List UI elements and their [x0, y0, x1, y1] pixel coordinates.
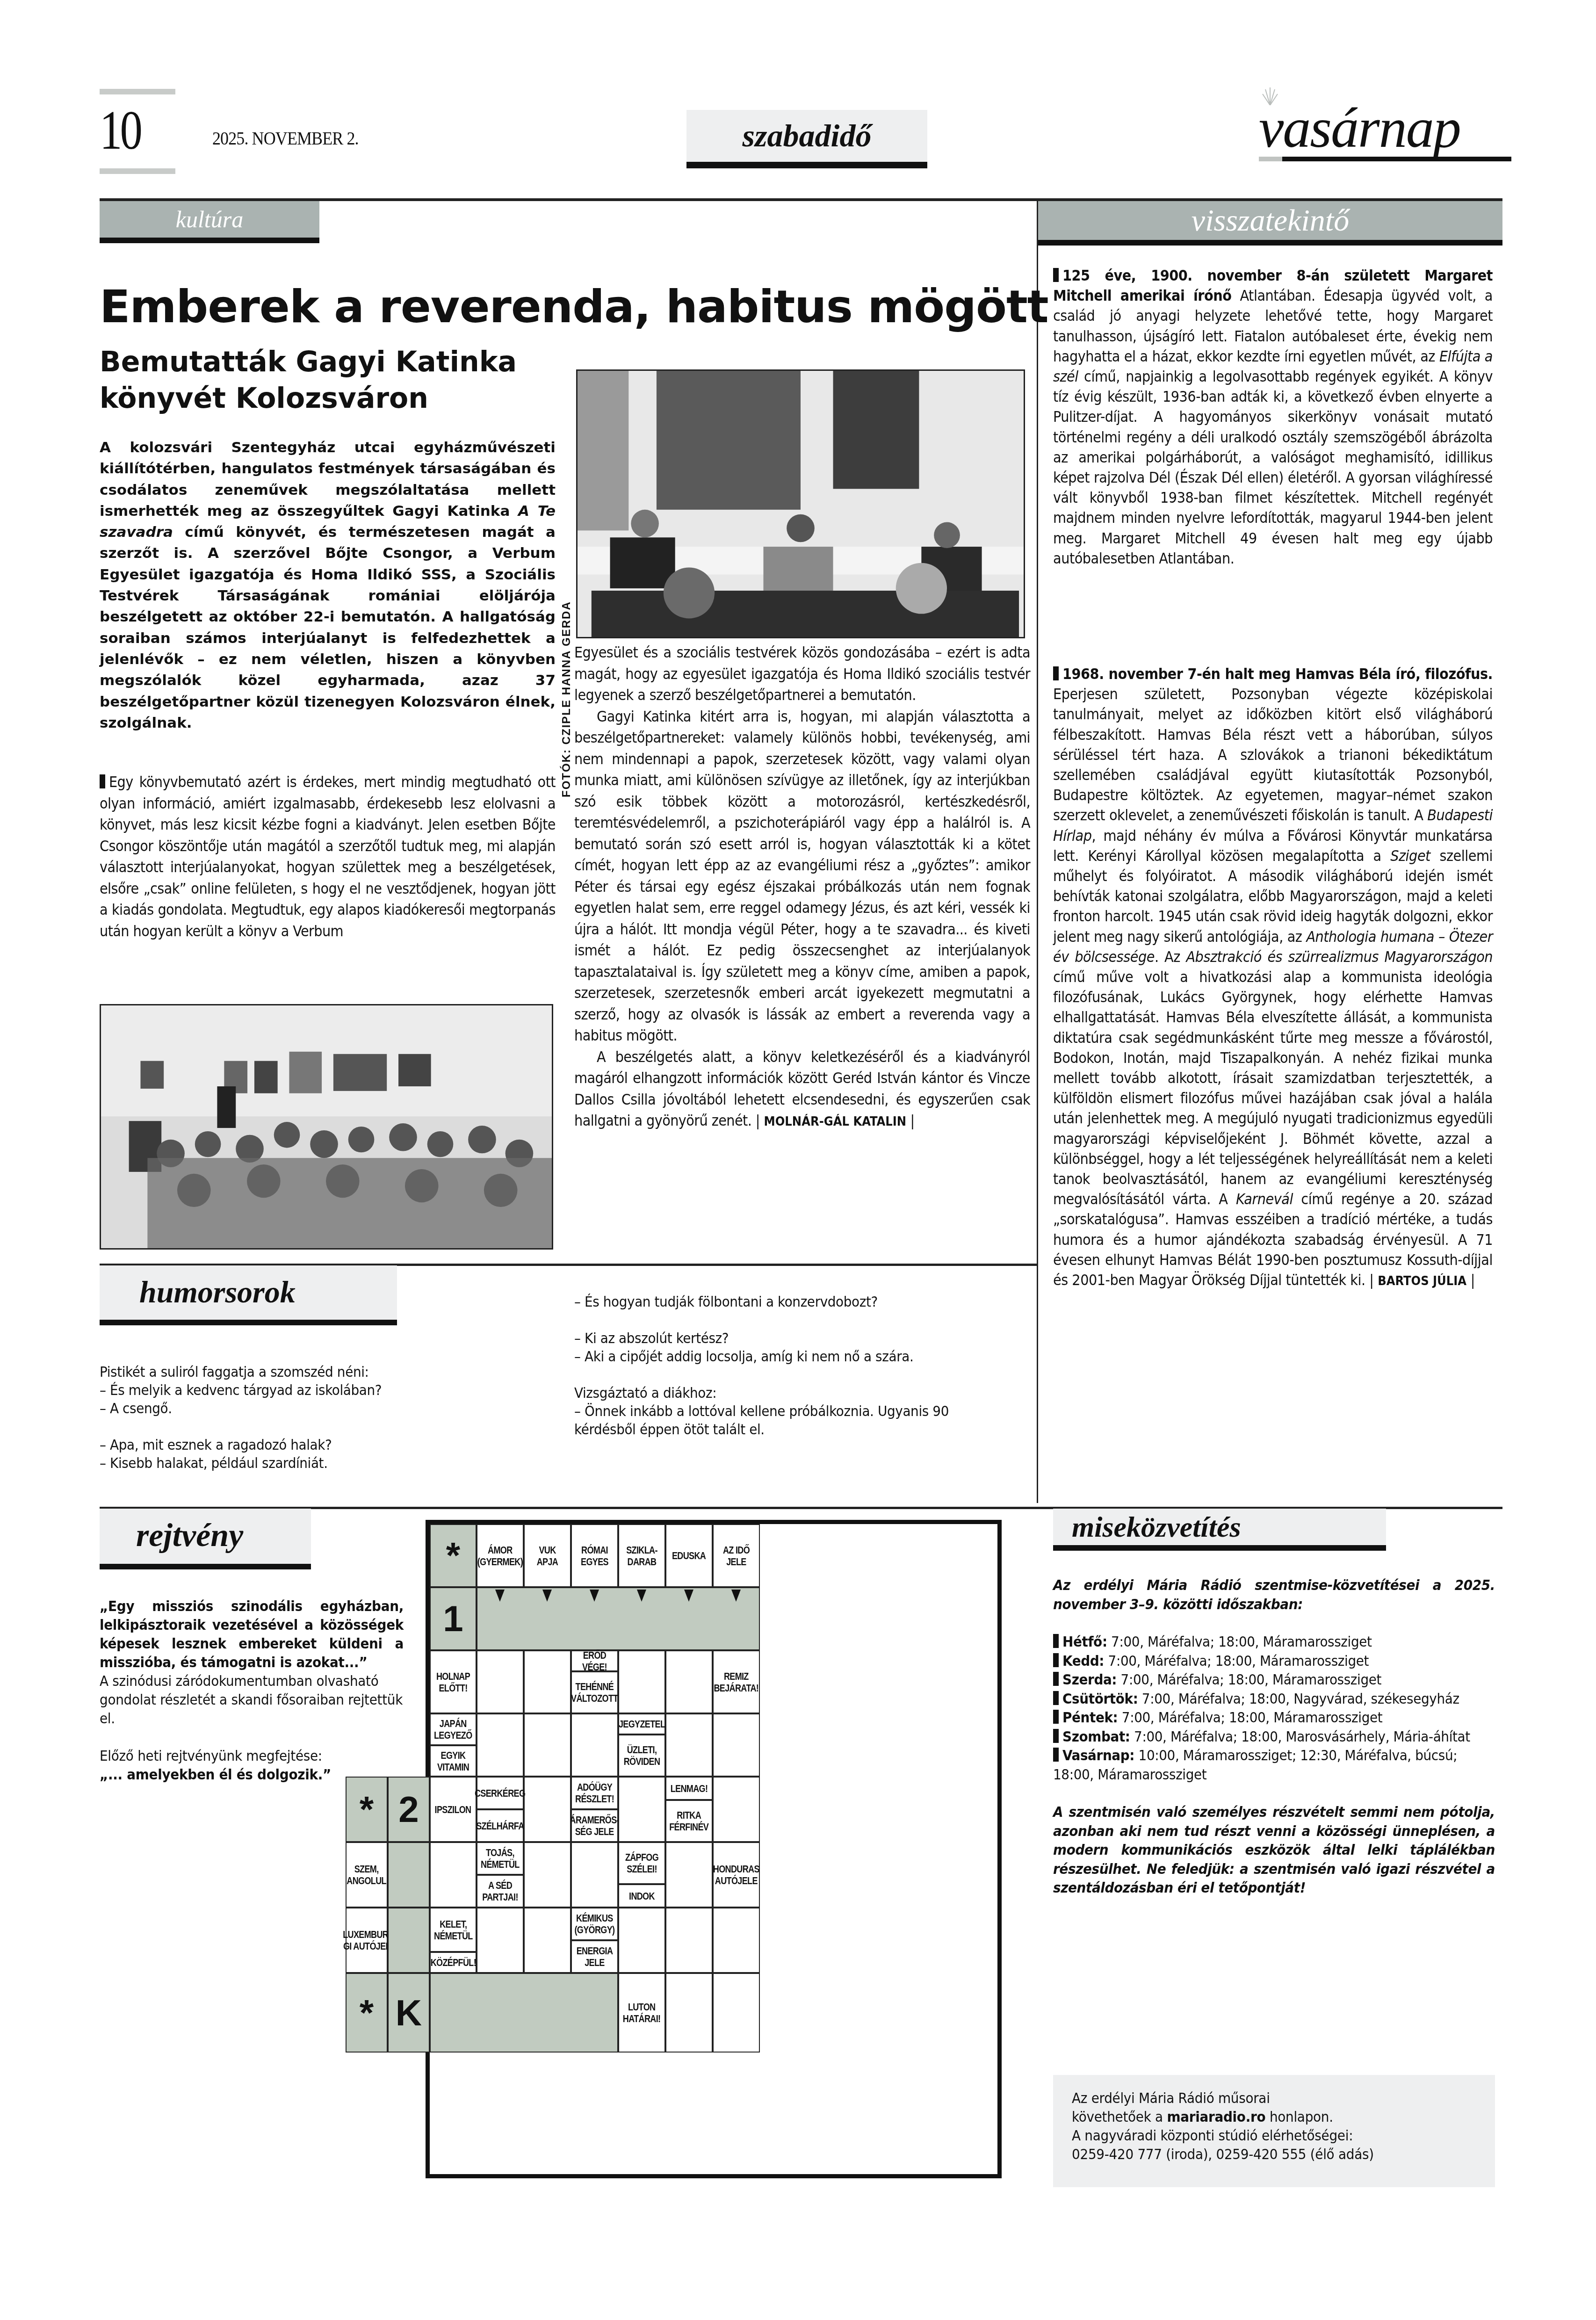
- arrow-down-icon: [684, 1590, 693, 1602]
- mass-note: A szentmisén való személyes részvételt s…: [1053, 1803, 1495, 1898]
- clue-text: ADÓÜGY RÉSZLET!: [575, 1781, 614, 1805]
- clue-cell: JAPÁN LEGYEZŐ: [430, 1713, 477, 1745]
- clue-cell: REMIZ BEJÁRATA!: [713, 1650, 760, 1713]
- answer-cell[interactable]: [618, 1650, 665, 1713]
- clue-cell: SZÉLHÁRFA: [477, 1809, 524, 1842]
- clue-cell: CSERKÉREG: [477, 1777, 524, 1809]
- clue-text: EDUSKA: [672, 1550, 706, 1561]
- paragraph-marker: [1053, 268, 1059, 282]
- answer-cell[interactable]: [713, 1713, 760, 1777]
- grid-number-cell: 1: [430, 1587, 477, 1650]
- paragraph-marker: [1053, 1634, 1059, 1648]
- lead-text: A kolozsvári Szentegyház utcai egyházműv…: [100, 439, 556, 520]
- arrow-down-icon: [731, 1590, 741, 1602]
- schedule-row: Kedd: 7:00, Máréfalva; 18:00, Máramaross…: [1053, 1652, 1495, 1671]
- humor-tab: humorsorok: [100, 1265, 397, 1325]
- answer-cell[interactable]: [665, 1973, 713, 2053]
- audience-photo-image: [101, 1005, 552, 1248]
- clue-cell: LENMAG!: [665, 1777, 713, 1800]
- paragraph-marker: [1053, 1691, 1059, 1705]
- info-line: követhetőek a mariaradio.ro honlapon.: [1072, 2108, 1476, 2126]
- schedule-day: Hétfő:: [1062, 1633, 1107, 1650]
- answer-cell[interactable]: [618, 1777, 665, 1842]
- grid-star-cell: *: [430, 1524, 477, 1587]
- article-paragraph-final: A beszélgetés alatt, a könyv keletkezésé…: [574, 1047, 1030, 1133]
- clue-cell: LUTON HATÁRAI!: [618, 1973, 665, 2053]
- book-title: Karnevál: [1236, 1190, 1293, 1208]
- answer-row-1[interactable]: [477, 1587, 760, 1650]
- mass-schedule: Az erdélyi Mária Rádió szentmise-közvetí…: [1053, 1576, 1495, 1898]
- clue-text: RITKA FÉRFINÉV: [670, 1809, 709, 1833]
- joke-line: Vizsgáztató a diákhoz:: [574, 1385, 716, 1402]
- clue-cell: KÉMIKUS (GYÖRGY): [571, 1908, 618, 1940]
- article-body-right: Egyesület és a szociális testvérek közös…: [574, 642, 1030, 1133]
- clue-cell: HONDURAS AUTÓJELE: [713, 1842, 760, 1908]
- clue-text: HONDURAS AUTÓJELE: [713, 1863, 759, 1886]
- answer-row-k[interactable]: [430, 1973, 618, 2053]
- joke-line: – Apa, mit esznek a ragadozó halak?: [100, 1437, 332, 1453]
- retro-tab-label: visszatekintő: [1192, 203, 1349, 238]
- mass-intro: Az erdélyi Mária Rádió szentmise-közvetí…: [1053, 1576, 1495, 1614]
- publication-title: Sziget: [1390, 847, 1430, 865]
- phone-numbers: 0259-420 777 (iroda), 0259-420 555 (élő …: [1072, 2145, 1476, 2164]
- answer-cell[interactable]: [571, 1842, 618, 1908]
- clue-text: SZEM, ANGOLUL: [347, 1863, 387, 1886]
- schedule-row: Csütörtök: 7:00, Máréfalva; 18:00, Nagyv…: [1053, 1690, 1495, 1709]
- joke-line: Pistikét a suliról faggatja a szomszéd n…: [100, 1364, 369, 1380]
- answer-cell[interactable]: [665, 1713, 713, 1777]
- answer-cell[interactable]: [713, 1777, 760, 1842]
- clue-cell: KÖZÉPFÜL!: [430, 1952, 477, 1973]
- clue-cell: ERŐD VÉGE!: [571, 1650, 618, 1671]
- puzzle-tab: rejtvény: [100, 1509, 311, 1569]
- photo-credit: FOTÓK: CZIPLE HANNA GERDA: [560, 601, 573, 797]
- audience-photo: [100, 1004, 553, 1250]
- answer-cell[interactable]: [713, 1908, 760, 1973]
- page-number: 10: [100, 103, 127, 158]
- puzzle-description: „Egy missziós szinodális egyházban, lelk…: [100, 1597, 404, 1784]
- clue-text: ENERGIA JELE: [576, 1945, 614, 1968]
- star-marker: *: [360, 1788, 374, 1831]
- star-marker: *: [360, 1992, 374, 2034]
- joke: – Apa, mit esznek a ragadozó halak?– Kis…: [100, 1436, 520, 1473]
- logo-underline: [1259, 157, 1511, 161]
- puzzle-tab-label: rejtvény: [136, 1518, 243, 1554]
- clue-text: LUXEMBUR-GI AUTÓJEL: [343, 1929, 390, 1952]
- clue-cell: SZEM, ANGOLUL: [346, 1842, 388, 1908]
- clue-text: SZÉLHÁRFA: [476, 1820, 524, 1832]
- answer-cell[interactable]: [571, 1713, 618, 1777]
- clue-text: IPSZILON: [435, 1804, 471, 1815]
- clue-cell: A SÉD PARTJAI!: [477, 1875, 524, 1908]
- arrow-down-icon: [542, 1590, 552, 1602]
- paragraph-marker: [1053, 666, 1059, 680]
- joke: Pistikét a suliról faggatja a szomszéd n…: [100, 1363, 520, 1418]
- radio-info-box: Az erdélyi Mária Rádió műsorai követhető…: [1053, 2075, 1495, 2187]
- panel-photo-image: [578, 371, 1024, 637]
- joke-line: – A csengő.: [100, 1400, 172, 1417]
- paragraph-marker: [1053, 1729, 1059, 1743]
- clue-cell: HOLNAP ELŐTT!: [430, 1650, 477, 1713]
- clue-text: VUK APJA: [529, 1544, 566, 1568]
- schedule-row: Péntek: 7:00, Máréfalva; 18:00, Máramaro…: [1053, 1708, 1495, 1727]
- puzzle-quote: „Egy missziós szinodális egyházban, lelk…: [100, 1597, 404, 1672]
- grid-star-cell: *: [346, 1777, 388, 1842]
- arrow-down-icon: [590, 1590, 599, 1602]
- humor-right-column: – És hogyan tudják fölbontani a konzervd…: [574, 1293, 995, 1457]
- paragraph-marker: [1053, 1710, 1059, 1724]
- row-number: 1: [443, 1597, 463, 1640]
- clue-text: JEGYZETEL: [619, 1718, 665, 1730]
- humor-tab-label: humorsorok: [139, 1275, 296, 1309]
- schedule-day: Szombat:: [1062, 1728, 1130, 1745]
- clue-cell: LUXEMBUR-GI AUTÓJEL: [346, 1908, 388, 1973]
- paragraph-marker: [1053, 1672, 1059, 1686]
- schedule-row: Szombat: 7:00, Máréfalva; 18:00, Marosvá…: [1053, 1727, 1495, 1747]
- retro-tab: visszatekintő: [1038, 201, 1502, 246]
- clue-cell: INDOK: [618, 1884, 665, 1908]
- answer-cell[interactable]: [430, 1842, 477, 1908]
- star-marker: *: [446, 1534, 460, 1577]
- grid-number-cell: 2: [388, 1777, 430, 1842]
- clue-cell: IPSZILON: [430, 1777, 477, 1842]
- retro-text: . Az: [1155, 948, 1186, 966]
- joke: – Ki az abszolút kertész?– Aki a cipőjét…: [574, 1330, 995, 1366]
- culture-tab-label: kultúra: [176, 206, 243, 232]
- mass-schedule-list: Hétfő: 7:00, Máréfalva; 18:00, Máramaros…: [1053, 1633, 1495, 1784]
- schedule-day: Kedd:: [1062, 1653, 1104, 1670]
- joke-line: – És hogyan tudják fölbontani a konzervd…: [574, 1294, 878, 1310]
- schedule-row: Szerda: 7:00, Máréfalva; 18:00, Máramaro…: [1053, 1670, 1495, 1690]
- info-text: honlapon.: [1265, 2109, 1333, 2125]
- joke-line: – Ki az abszolút kertész?: [574, 1330, 729, 1347]
- clue-text: AZ IDŐ JELE: [718, 1544, 755, 1568]
- clue-cell: ENERGIA JELE: [571, 1940, 618, 1973]
- article-lead: A kolozsvári Szentegyház utcai egyházműv…: [100, 437, 556, 734]
- puzzle-instructions: A szinódusi záródokumentumban olvasható …: [100, 1672, 404, 1728]
- answer-cell[interactable]: [388, 1842, 430, 1908]
- clue-cell: ÁRAMERŐS-SÉG JELE: [571, 1809, 618, 1842]
- radio-website-link[interactable]: mariaradio.ro: [1167, 2109, 1265, 2125]
- clue-cell: AZ IDŐ JELE: [713, 1524, 760, 1587]
- clue-cell: TOJÁS, NÉMETÜL: [477, 1842, 524, 1875]
- clue-cell: ZÁPFOG SZÉLEI!: [618, 1842, 665, 1884]
- joke: – És hogyan tudják fölbontani a konzervd…: [574, 1293, 995, 1311]
- answer-cell[interactable]: [524, 1842, 571, 1908]
- answer-cell[interactable]: [388, 1908, 430, 1973]
- issue-date: 2025. NOVEMBER 2.: [212, 127, 359, 149]
- schedule-day: Péntek:: [1062, 1709, 1118, 1726]
- byline-end: |: [910, 1112, 915, 1129]
- joke-line: – Kisebb halakat, például szardíniát.: [100, 1455, 328, 1472]
- paragraph-marker: [1053, 1748, 1059, 1762]
- schedule-times: 7:00, Máréfalva; 18:00, Máramarossziget: [1111, 1633, 1372, 1650]
- schedule-day: Szerda:: [1062, 1671, 1117, 1688]
- answer-cell[interactable]: [477, 1908, 524, 1973]
- clue-cell: VUK APJA: [524, 1524, 571, 1587]
- humor-left-column: Pistikét a suliról faggatja a szomszéd n…: [100, 1363, 520, 1491]
- arrow-down-icon: [495, 1590, 505, 1602]
- clue-cell: TEHÉNNÉ VÁLTOZOTT: [571, 1671, 618, 1713]
- clue-cell: ÜZLETI, RÖVIDEN: [618, 1735, 665, 1777]
- clue-text: HOLNAP ELŐTT!: [435, 1670, 472, 1694]
- clue-text: TEHÉNNÉ VÁLTOZOTT: [571, 1681, 618, 1704]
- joke: Vizsgáztató a diákhoz:– Önnek inkább a l…: [574, 1384, 995, 1439]
- article-paragraph: Egy könyvbemutató azért is érdekes, mert…: [100, 773, 556, 940]
- retro-byline: BARTOS JÚLIA: [1378, 1274, 1466, 1288]
- mass-tab: miseközvetítés: [1053, 1509, 1386, 1551]
- clue-cell: RÓMAI EGYES: [571, 1524, 618, 1587]
- joke-line: – És melyik a kedvenc tárgyad az iskoláb…: [100, 1382, 382, 1399]
- grid-star-cell: *: [346, 1973, 388, 2053]
- article-subhead: Bemutatták Gagyi Katinka könyvét Kolozsv…: [100, 344, 558, 417]
- clue-text: EGYIK VITAMIN: [435, 1749, 472, 1773]
- clue-cell: KELET, NÉMETÜL: [430, 1908, 477, 1952]
- paragraph-marker: [100, 774, 105, 788]
- mass-tab-label: miseközvetítés: [1072, 1511, 1241, 1543]
- column-divider: [1037, 198, 1038, 1503]
- schedule-times: 7:00, Máréfalva; 18:00, Máramarossziget: [1121, 1671, 1381, 1688]
- clue-text: ÁRAMERŐS-SÉG JELE: [570, 1814, 619, 1837]
- answer-cell[interactable]: [524, 1908, 571, 1973]
- clue-text: REMIZ BEJÁRATA!: [714, 1670, 759, 1694]
- clue-cell: JEGYZETEL: [618, 1713, 665, 1735]
- logo-text: vasárnap: [1259, 96, 1460, 160]
- newspaper-logo: vasárnap: [1259, 87, 1511, 161]
- previous-solution-label: Előző heti rejtvényünk megfejtése:: [100, 1747, 404, 1765]
- schedule-times: 7:00, Máréfalva; 18:00, Máramarossziget: [1108, 1653, 1369, 1670]
- clue-text: LENMAG!: [671, 1783, 708, 1794]
- clue-cell: EGYIK VITAMIN: [430, 1745, 477, 1777]
- schedule-row: Vasárnap: 10:00, Máramarossziget; 12:30,…: [1053, 1746, 1495, 1784]
- info-line: A nagyváradi központi stúdió elérhetőség…: [1072, 2126, 1476, 2145]
- clue-cell: ÁMOR (GYERMEK): [477, 1524, 524, 1587]
- clue-text: SZIKLA-DARAB: [623, 1544, 661, 1568]
- retro-text: című műve volt a hivatkozási alap a komm…: [1053, 968, 1493, 1208]
- culture-tab: kultúra: [100, 201, 319, 243]
- page-number-bar-top: [100, 89, 175, 94]
- section-label: szabadidő: [686, 110, 927, 168]
- clue-text: KÉMIKUS (GYÖRGY): [575, 1912, 615, 1936]
- schedule-times: 7:00, Máréfalva; 18:00, Nagyvárad, széke…: [1142, 1691, 1459, 1707]
- clue-text: ÁMOR (GYERMEK): [477, 1544, 523, 1568]
- answer-cell[interactable]: [665, 1908, 713, 1973]
- clue-cell: RITKA FÉRFINÉV: [665, 1800, 713, 1842]
- clue-text: A SÉD PARTJAI!: [482, 1879, 519, 1903]
- crossword-grid: * ÁMOR (GYERMEK) VUK APJA RÓMAI EGYES SZ…: [426, 1520, 1002, 2178]
- panel-discussion-photo: [576, 369, 1025, 638]
- answer-cell[interactable]: [477, 1650, 524, 1713]
- answer-cell[interactable]: [713, 1973, 760, 2053]
- schedule-row: Hétfő: 7:00, Máréfalva; 18:00, Máramaros…: [1053, 1633, 1495, 1652]
- section-label-text: szabadidő: [743, 110, 872, 161]
- info-text: követhetőek a: [1072, 2109, 1167, 2125]
- joke-line: – Aki a cipőjét addig locsolja, amíg ki …: [574, 1348, 913, 1365]
- clue-text: RÓMAI EGYES: [576, 1544, 614, 1568]
- row-number: 2: [398, 1788, 419, 1831]
- clue-cell: EDUSKA: [665, 1524, 713, 1587]
- article-paragraph: Gagyi Katinka kitért arra is, hogyan, mi…: [574, 706, 1030, 1047]
- joke-line: – Önnek inkább a lottóval kellene próbál…: [574, 1403, 949, 1438]
- schedule-times: 7:00, Máréfalva; 18:00, Marosvásárhely, …: [1134, 1728, 1470, 1745]
- schedule-day: Vasárnap:: [1062, 1747, 1134, 1764]
- clue-text: LUTON HATÁRAI!: [623, 2001, 661, 2024]
- clue-cell: ADÓÜGY RÉSZLET!: [571, 1777, 618, 1809]
- schedule-times: 7:00, Máréfalva; 18:00, Máramarossziget: [1122, 1709, 1382, 1726]
- article-byline: MOLNÁR-GÁL KATALIN: [764, 1114, 907, 1129]
- answer-cell[interactable]: [665, 1650, 713, 1713]
- clue-cell: SZIKLA-DARAB: [618, 1524, 665, 1587]
- grid-letter-cell: K: [388, 1973, 430, 2053]
- retro-item-hamvas: 1968. november 7-én halt meg Hamvas Béla…: [1053, 664, 1493, 1291]
- arrow-down-icon: [637, 1590, 646, 1602]
- clue-text: ÜZLETI, RÖVIDEN: [623, 1744, 661, 1767]
- byline-end: |: [1471, 1271, 1475, 1289]
- clue-text: INDOK: [629, 1890, 655, 1902]
- article-body-left: Egy könyvbemutató azért is érdekes, mert…: [100, 772, 556, 942]
- clue-text: CSERKÉREG: [475, 1787, 525, 1799]
- paragraph-marker: [1053, 1653, 1059, 1667]
- clue-text: KÖZÉPFÜL!: [430, 1957, 476, 1968]
- answer-cell[interactable]: [524, 1777, 571, 1842]
- answer-cell[interactable]: [524, 1713, 571, 1777]
- clue-text: TOJÁS, NÉMETÜL: [481, 1847, 520, 1870]
- answer-cell[interactable]: [524, 1650, 571, 1713]
- answer-cell[interactable]: [477, 1713, 524, 1777]
- retro-text: című, napjainkig a legolvasottabb regény…: [1053, 368, 1493, 567]
- page-number-bar-bottom: [100, 168, 175, 174]
- retro-item-mitchell: 125 éve, 1900. november 8-án született M…: [1053, 266, 1493, 569]
- info-line: Az erdélyi Mária Rádió műsorai: [1072, 2089, 1476, 2108]
- clue-text: JAPÁN LEGYEZŐ: [434, 1718, 472, 1741]
- row-letter: K: [396, 1992, 422, 2034]
- answer-cell[interactable]: [665, 1842, 713, 1908]
- answer-cell[interactable]: [618, 1908, 665, 1973]
- retro-item-title: 1968. november 7-én halt meg Hamvas Béla…: [1062, 665, 1493, 683]
- clue-text: KELET, NÉMETÜL: [434, 1918, 473, 1942]
- article-paragraph: Egyesület és a szociális testvérek közös…: [574, 642, 1030, 706]
- retro-text: Eperjesen született, Pozsonyban végezte …: [1053, 685, 1493, 824]
- clue-text: ERŐD VÉGE!: [576, 1649, 614, 1673]
- article-headline: Emberek a reverenda, habitus mögött: [100, 281, 1048, 333]
- schedule-day: Csütörtök:: [1062, 1691, 1138, 1707]
- book-title: Absztrakció és szürrealizmus Magyarorszá…: [1186, 948, 1493, 966]
- lead-text-cont: című könyvét, és természetesen magát a s…: [100, 524, 556, 731]
- clue-text: ZÁPFOG SZÉLEI!: [623, 1851, 661, 1875]
